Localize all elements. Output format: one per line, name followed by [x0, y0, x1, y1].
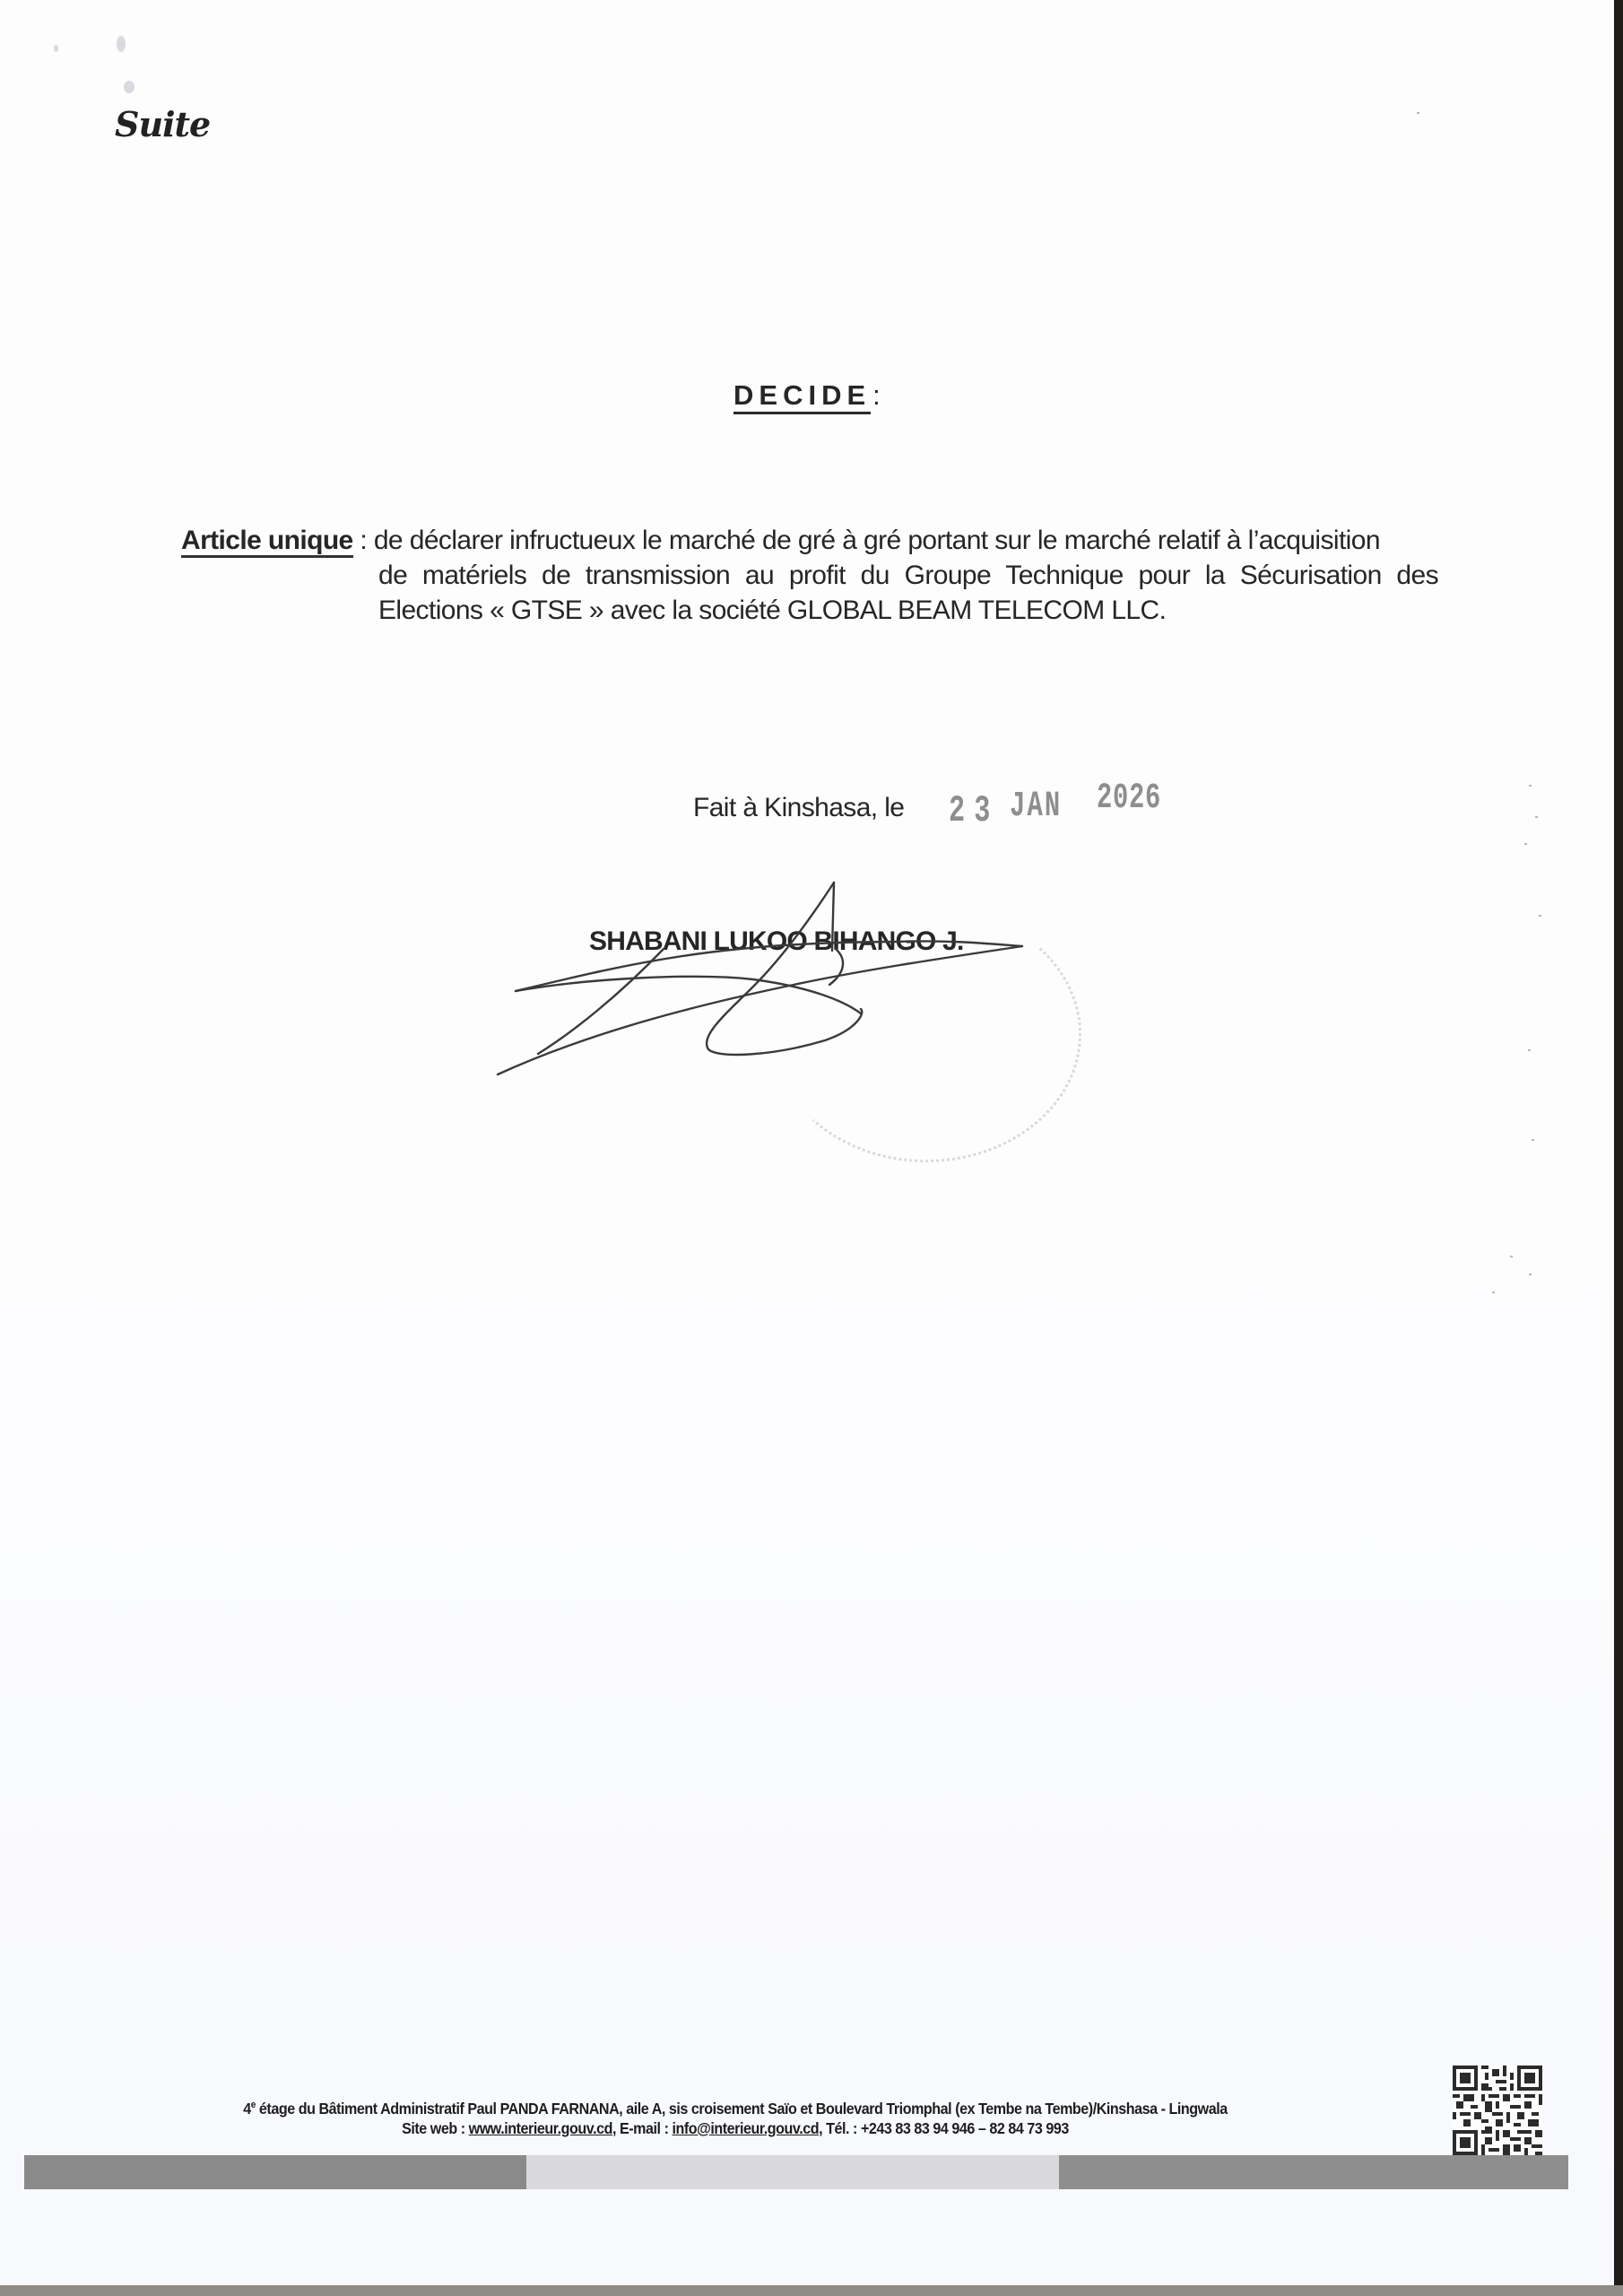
footer-band-right [1059, 2155, 1568, 2189]
footer-address-text: étage du Bâtiment Administratif Paul PAN… [256, 2100, 1228, 2118]
footer-contact-line: Site web : www.interieur.gouv.cd, E-mail… [158, 2118, 1313, 2138]
scan-speck [1535, 816, 1538, 818]
phone-label: , Tél. : [819, 2119, 861, 2137]
scan-speck [1529, 1274, 1532, 1275]
scan-speck [1528, 1049, 1531, 1051]
date-stamp-month: JAN [1010, 787, 1062, 827]
scan-speck [1539, 915, 1541, 917]
document-page: Suite DECIDE: Article unique : de déclar… [0, 0, 1614, 2285]
footer-address: 4e étage du Bâtiment Administratif Paul … [158, 2095, 1313, 2118]
scan-border-right [1614, 0, 1623, 2296]
qr-code-icon [1453, 2066, 1542, 2155]
scan-speck [1532, 1139, 1534, 1141]
scan-speck [1510, 1256, 1513, 1257]
scan-smudge [124, 81, 135, 93]
decision-heading-colon: : [872, 379, 881, 411]
phone-numbers: +243 83 83 94 946 – 82 84 73 993 [861, 2119, 1069, 2137]
continuation-label: Suite [115, 104, 210, 144]
footer-contact-block: 4e étage du Bâtiment Administratif Paul … [108, 2095, 1363, 2138]
email-label: E-mail : [616, 2119, 673, 2137]
scan-speck [1529, 785, 1532, 787]
article-separator: : [353, 526, 374, 555]
email-link[interactable]: info@interieur.gouv.cd [672, 2119, 819, 2137]
scan-smudge [117, 36, 126, 52]
footer-band-middle [526, 2155, 1059, 2189]
article-unique: Article unique : de déclarer infructueux… [181, 523, 1436, 628]
footer-address-floor: 4 [243, 2100, 250, 2118]
decision-heading-title: DECIDE [733, 379, 871, 414]
footer-band-left [24, 2155, 526, 2189]
scan-border-bottom [0, 2285, 1623, 2296]
decision-heading: DECIDE: [733, 379, 881, 412]
handwritten-signature [484, 879, 1112, 1130]
scan-speck [1417, 112, 1419, 114]
website-label: Site web : [402, 2119, 469, 2137]
place-date-prefix: Fait à Kinshasa, le [693, 793, 904, 823]
date-stamp-year: 2026 [1097, 778, 1161, 819]
article-line-1: de déclarer infructueux le marché de gré… [374, 526, 1380, 555]
scan-smudge [54, 45, 58, 52]
article-label: Article unique [181, 526, 353, 558]
scan-speck [1524, 843, 1527, 845]
date-stamp-day: 23 [949, 789, 999, 832]
article-line-3: Elections « GTSE » avec la société GLOBA… [378, 593, 1438, 628]
scan-speck [1492, 1291, 1495, 1293]
article-line-2: de matériels de transmission au profit d… [378, 558, 1438, 593]
website-link[interactable]: www.interieur.gouv.cd, [469, 2119, 616, 2137]
